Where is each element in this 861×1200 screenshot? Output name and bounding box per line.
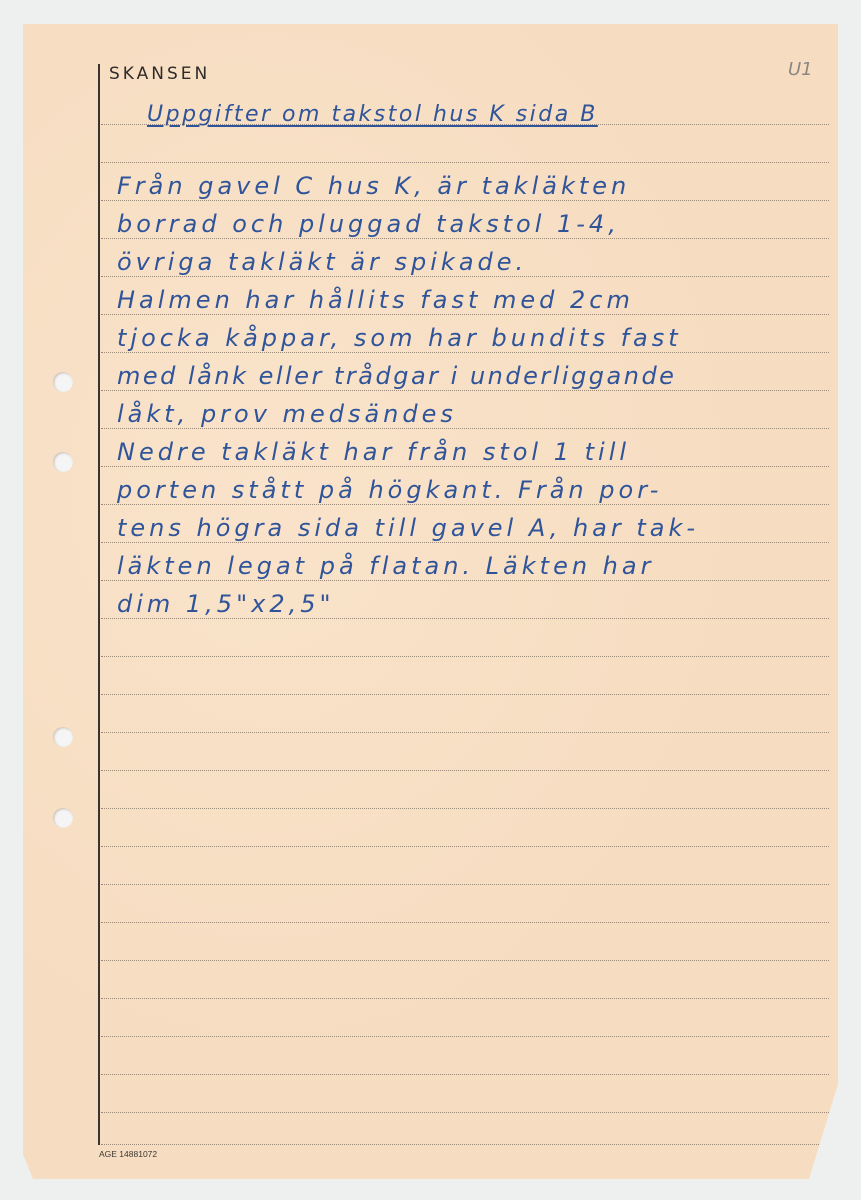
ruled-line — [101, 808, 829, 809]
handwritten-line: Halmen har hållits fast med 2cm — [117, 288, 634, 312]
document-page: SKANSEN U1 Uppgifter om takstol hus K si… — [23, 24, 838, 1179]
handwritten-line: övriga takläkt är spikade. — [117, 250, 527, 274]
ruled-line — [101, 1074, 829, 1075]
ruled-line — [101, 390, 829, 391]
ruled-line — [101, 846, 829, 847]
ruled-line — [101, 1144, 829, 1145]
ruled-line — [101, 466, 829, 467]
letterhead: SKANSEN — [109, 64, 210, 84]
handwritten-line: dim 1,5"x2,5" — [117, 592, 335, 616]
handwritten-line: Nedre takläkt har från stol 1 till — [117, 440, 630, 464]
handwritten-line: med lånk eller trådgar i underliggande — [117, 364, 676, 388]
ruled-line — [101, 694, 829, 695]
handwritten-line: låkt, prov medsändes — [117, 402, 457, 426]
ruled-line — [101, 504, 829, 505]
handwritten-line: porten stått på högkant. Från por- — [117, 478, 662, 502]
handwritten-line: borrad och pluggad takstol 1-4, — [117, 212, 620, 236]
ruled-line — [101, 580, 829, 581]
handwritten-line: tjocka kåppar, som har bundits fast — [117, 326, 682, 350]
ruled-line — [101, 200, 829, 201]
ruled-line — [101, 656, 829, 657]
handwritten-line: tens högra sida till gavel A, har tak- — [117, 516, 699, 540]
punch-hole — [53, 808, 73, 828]
ruled-line — [101, 618, 829, 619]
handwritten-line: läkten legat på flatan. Läkten har — [117, 554, 654, 578]
ruled-line — [101, 922, 829, 923]
ruled-line — [101, 1036, 829, 1037]
form-code: AGE 14881072 — [99, 1149, 157, 1159]
handwritten-line: Från gavel C hus K, är takläkten — [117, 174, 630, 198]
ruled-line — [101, 884, 829, 885]
punch-hole — [53, 372, 73, 392]
ruled-line — [101, 162, 829, 163]
ruled-line — [101, 352, 829, 353]
ruled-line — [101, 428, 829, 429]
ruled-line — [101, 1112, 829, 1113]
punch-hole — [53, 727, 73, 747]
ruled-line — [101, 998, 829, 999]
ruled-line — [101, 314, 829, 315]
pencil-annotation: U1 — [788, 59, 813, 80]
ruled-line — [101, 960, 829, 961]
punch-hole — [53, 452, 73, 472]
ruled-line — [101, 238, 829, 239]
document-title: Uppgifter om takstol hus K sida B — [147, 104, 598, 126]
margin-line — [98, 64, 100, 1145]
ruled-line — [101, 732, 829, 733]
ruled-line — [101, 276, 829, 277]
ruled-line — [101, 542, 829, 543]
ruled-line — [101, 770, 829, 771]
